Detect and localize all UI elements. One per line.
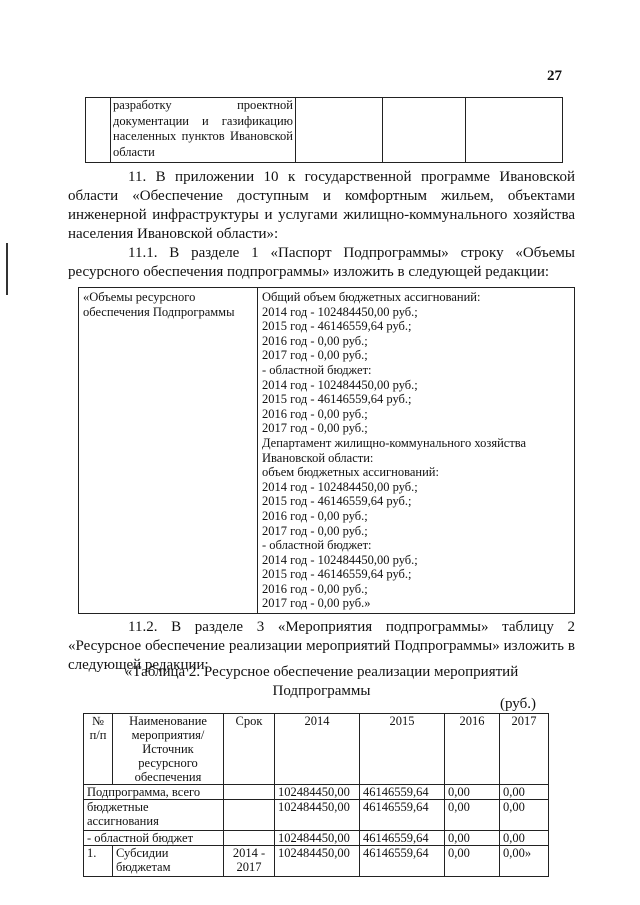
passport-label-cell: «Объемы ресурсного обеспечения Подпрогра… — [79, 288, 258, 614]
row-term — [224, 831, 275, 846]
row-2015: 46146559,64 — [360, 800, 445, 831]
table-row: - областной бюджет 102484450,00 46146559… — [84, 831, 549, 846]
cell-line: населенных пунктов Ивановской — [113, 129, 293, 145]
row-2015: 46146559,64 — [360, 846, 445, 877]
table-row: разработку проектной документации и гази… — [86, 98, 563, 163]
cell-line: 2017 год - 0,00 руб.» — [262, 596, 570, 611]
table-row: бюджетные ассигнования 102484450,00 4614… — [84, 800, 549, 831]
table2-caption-line2: Подпрограммы — [68, 682, 575, 701]
row-2014: 102484450,00 — [275, 800, 360, 831]
table-cell-description: разработку проектной документации и гази… — [111, 98, 296, 163]
cell-line: 2017 год - 0,00 руб.; — [262, 421, 570, 436]
passport-value-cell: Общий объем бюджетных ассигнований: 2014… — [258, 288, 575, 614]
row-2017: 0,00» — [500, 846, 549, 877]
continuation-table: разработку проектной документации и гази… — [85, 97, 563, 163]
row-term — [224, 785, 275, 800]
cell-line: 2016 год - 0,00 руб.; — [262, 509, 570, 524]
cell-line: 2017 год - 0,00 руб.; — [262, 348, 570, 363]
table-cell-empty — [466, 98, 563, 163]
header-2016: 2016 — [445, 714, 500, 785]
table-row: 1. Субсидии бюджетам 2014 - 2017 1024844… — [84, 846, 549, 877]
cell-line: 2015 год - 46146559,64 руб.; — [262, 319, 570, 334]
table-cell-empty — [383, 98, 466, 163]
table-row: «Объемы ресурсного обеспечения Подпрогра… — [79, 288, 575, 614]
table2-caption-line1: «Таблица 2. Ресурсное обеспечение реализ… — [68, 663, 575, 682]
table2-caption: «Таблица 2. Ресурсное обеспечение реализ… — [68, 663, 575, 701]
row-term: 2014 - 2017 — [224, 846, 275, 877]
row-2014: 102484450,00 — [275, 831, 360, 846]
passport-table: «Объемы ресурсного обеспечения Подпрогра… — [78, 287, 575, 614]
cell-line: Департамент жилищно-коммунального хозяйс… — [262, 436, 570, 451]
cell-line: 2016 год - 0,00 руб.; — [262, 407, 570, 422]
paragraph-11-1: 11.1. В разделе 1 «Паспорт Подпрограммы»… — [68, 244, 575, 282]
row-name: Субсидии бюджетам — [113, 846, 224, 877]
cell-line: 2015 год - 46146559,64 руб.; — [262, 392, 570, 407]
table-cell-empty — [86, 98, 111, 163]
page-number: 27 — [547, 68, 562, 85]
table-header-row: № п/п Наименование мероприятия/Источник … — [84, 714, 549, 785]
table-row: Подпрограмма, всего 102484450,00 4614655… — [84, 785, 549, 800]
cell-line: 2016 год - 0,00 руб.; — [262, 334, 570, 349]
cell-line: «Объемы ресурсного — [83, 290, 253, 305]
header-name: Наименование мероприятия/Источник ресурс… — [113, 714, 224, 785]
cell-line: 2016 год - 0,00 руб.; — [262, 582, 570, 597]
cell-line: 2014 год - 102484450,00 руб.; — [262, 480, 570, 495]
margin-mark — [6, 243, 8, 295]
table2-unit: (руб.) — [500, 696, 536, 713]
header-2014: 2014 — [275, 714, 360, 785]
row-term — [224, 800, 275, 831]
row-2014: 102484450,00 — [275, 846, 360, 877]
cell-line: 2014 год - 102484450,00 руб.; — [262, 378, 570, 393]
row-2014: 102484450,00 — [275, 785, 360, 800]
row-label: Подпрограмма, всего — [84, 785, 224, 800]
cell-line: - областной бюджет: — [262, 538, 570, 553]
row-2016: 0,00 — [445, 846, 500, 877]
row-2016: 0,00 — [445, 800, 500, 831]
row-2017: 0,00 — [500, 831, 549, 846]
cell-line: области — [113, 145, 293, 161]
cell-line: обеспечения Подпрограммы — [83, 305, 253, 320]
row-label: бюджетные ассигнования — [84, 800, 224, 831]
cell-line: 2015 год - 46146559,64 руб.; — [262, 494, 570, 509]
table-cell-empty — [296, 98, 383, 163]
paragraph-11: 11. В приложении 10 к государственной пр… — [68, 168, 575, 244]
cell-line: 2014 год - 102484450,00 руб.; — [262, 553, 570, 568]
row-num: 1. — [84, 846, 113, 877]
row-2017: 0,00 — [500, 800, 549, 831]
row-2016: 0,00 — [445, 785, 500, 800]
row-2016: 0,00 — [445, 831, 500, 846]
cell-line: 2015 год - 46146559,64 руб.; — [262, 567, 570, 582]
cell-line: Общий объем бюджетных ассигнований: — [262, 290, 570, 305]
cell-line: объем бюджетных ассигнований: — [262, 465, 570, 480]
cell-line: 2017 год - 0,00 руб.; — [262, 524, 570, 539]
cell-line: разработку проектной — [113, 98, 293, 114]
header-2015: 2015 — [360, 714, 445, 785]
header-term: Срок — [224, 714, 275, 785]
row-2015: 46146559,64 — [360, 831, 445, 846]
header-num: № п/п — [84, 714, 113, 785]
row-2017: 0,00 — [500, 785, 549, 800]
cell-line: 2014 год - 102484450,00 руб.; — [262, 305, 570, 320]
header-2017: 2017 — [500, 714, 549, 785]
cell-line: - областной бюджет: — [262, 363, 570, 378]
row-2015: 46146559,64 — [360, 785, 445, 800]
resource-table: № п/п Наименование мероприятия/Источник … — [83, 713, 549, 877]
cell-line: документации и газификацию — [113, 114, 293, 130]
cell-line: Ивановской области: — [262, 451, 570, 466]
row-label: - областной бюджет — [84, 831, 224, 846]
